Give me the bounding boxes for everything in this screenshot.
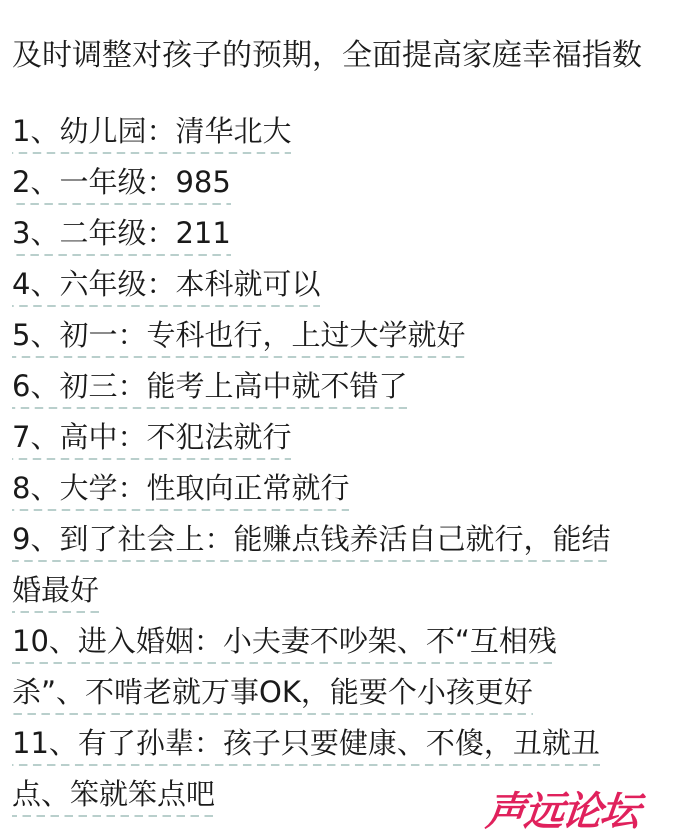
list-item: 10、进入婚姻：小夫妻不吵架、不“互相残 (12, 622, 682, 673)
list-item-text: 5、初一：专科也行，上过大学就好 (12, 316, 465, 358)
list-item: 11、有了孙辈：孩子只要健康、不傻，丑就丑 (12, 724, 682, 775)
list-item: 8、大学：性取向正常就行 (12, 469, 682, 520)
list-item-text: 4、六年级：本科就可以 (12, 265, 320, 307)
list-item: 2、一年级：985 (12, 163, 682, 214)
list-item: 9、到了社会上：能赚点钱养活自己就行，能结 (12, 520, 682, 571)
list-item: 4、六年级：本科就可以 (12, 265, 682, 316)
list-item-continuation: 杀”、不啃老就万事OK，能要个小孩更好 (12, 673, 682, 724)
list-item: 6、初三：能考上高中就不错了 (12, 367, 682, 418)
list-item-text: 10、进入婚姻：小夫妻不吵架、不“互相残 (12, 622, 557, 664)
list-item-continuation: 婚最好 (12, 571, 682, 622)
expectation-list: 1、幼儿园：清华北大 2、一年级：985 3、二年级：211 4、六年级：本科就… (12, 112, 682, 826)
list-item: 1、幼儿园：清华北大 (12, 112, 682, 163)
list-item-text: 3、二年级：211 (12, 214, 231, 256)
list-item-text: 9、到了社会上：能赚点钱养活自己就行，能结 (12, 520, 610, 562)
list-item: 5、初一：专科也行，上过大学就好 (12, 316, 682, 367)
list-item: 3、二年级：211 (12, 214, 682, 265)
list-item-text: 7、高中：不犯法就行 (12, 418, 291, 460)
list-item-text: 2、一年级：985 (12, 163, 231, 205)
list-item-text: 8、大学：性取向正常就行 (12, 469, 349, 511)
list-item-text: 6、初三：能考上高中就不错了 (12, 367, 407, 409)
list-item-text: 婚最好 (12, 571, 99, 613)
list-item-text: 11、有了孙辈：孩子只要健康、不傻，丑就丑 (12, 724, 600, 766)
list-item-text: 1、幼儿园：清华北大 (12, 112, 291, 154)
page-title: 及时调整对孩子的预期，全面提高家庭幸福指数 (12, 36, 642, 76)
list-item: 7、高中：不犯法就行 (12, 418, 682, 469)
list-item-text: 杀”、不啃老就万事OK，能要个小孩更好 (12, 673, 533, 715)
forum-watermark-logo: 声远论坛 (483, 788, 640, 836)
list-item-text: 点、笨就笨点吧 (12, 775, 215, 817)
